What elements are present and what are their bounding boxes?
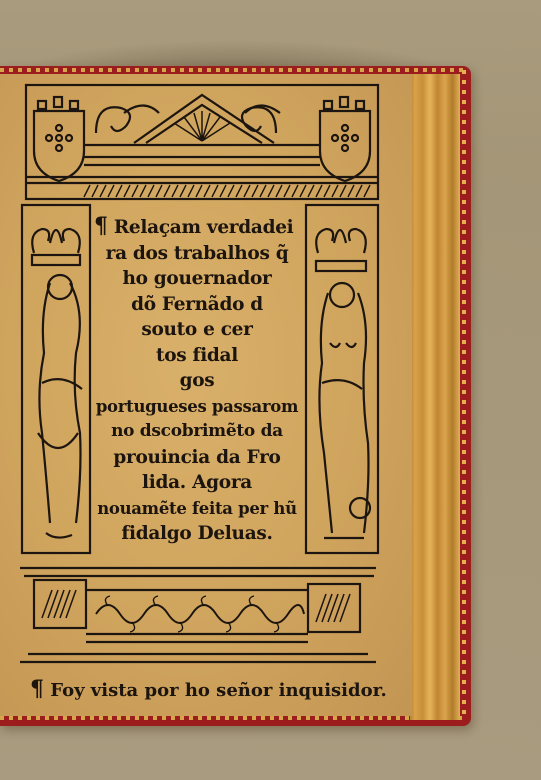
- title-line-5: souto e cer: [88, 317, 306, 343]
- coat-of-arms-icon-right: [320, 97, 370, 181]
- title-line-12: nouamẽte feita per hũ: [88, 496, 306, 522]
- title-line-9: no dscobrimẽto da: [88, 419, 306, 445]
- coat-of-arms-icon-left: [34, 97, 84, 181]
- title-line-2: ra dos trabalhos q̃: [88, 241, 306, 267]
- title-line-7: gos: [88, 368, 306, 394]
- title-line-6: tos fidal: [88, 343, 306, 369]
- pilcrow-icon: ¶: [30, 676, 44, 702]
- bottom-pedestal-woodcut: [18, 562, 376, 670]
- title-line-1: ¶ Relaçam verdadei: [88, 214, 306, 241]
- gilt-page-edges: [410, 74, 460, 720]
- title-line-13: fidalgo Deluas.: [88, 521, 306, 547]
- title-line-8: portugueses passarom: [88, 394, 306, 420]
- title-line-3: ho gouernador: [88, 266, 306, 292]
- left-caryatid-woodcut: [20, 203, 92, 555]
- gilt-tooling-right: [462, 70, 466, 720]
- pilcrow-icon: ¶: [94, 213, 108, 239]
- title-line-10: prouincia da Fro: [88, 445, 306, 471]
- imprimatur-line: ¶ Foy vista por ho señor inquisidor.: [30, 676, 370, 702]
- gilt-tooling-top: [0, 68, 468, 72]
- imprimatur-text: Foy vista por ho señor inquisidor.: [50, 680, 386, 701]
- title-line-4: dõ Fernãdo d: [88, 292, 306, 318]
- gilt-tooling-bottom: [0, 716, 468, 720]
- right-caryatid-woodcut: [304, 203, 380, 555]
- top-pediment-woodcut: [24, 83, 380, 203]
- title-line-11: lida. Agora: [88, 470, 306, 496]
- title-text-block: ¶ Relaçam verdadei ra dos trabalhos q̃ h…: [88, 214, 306, 554]
